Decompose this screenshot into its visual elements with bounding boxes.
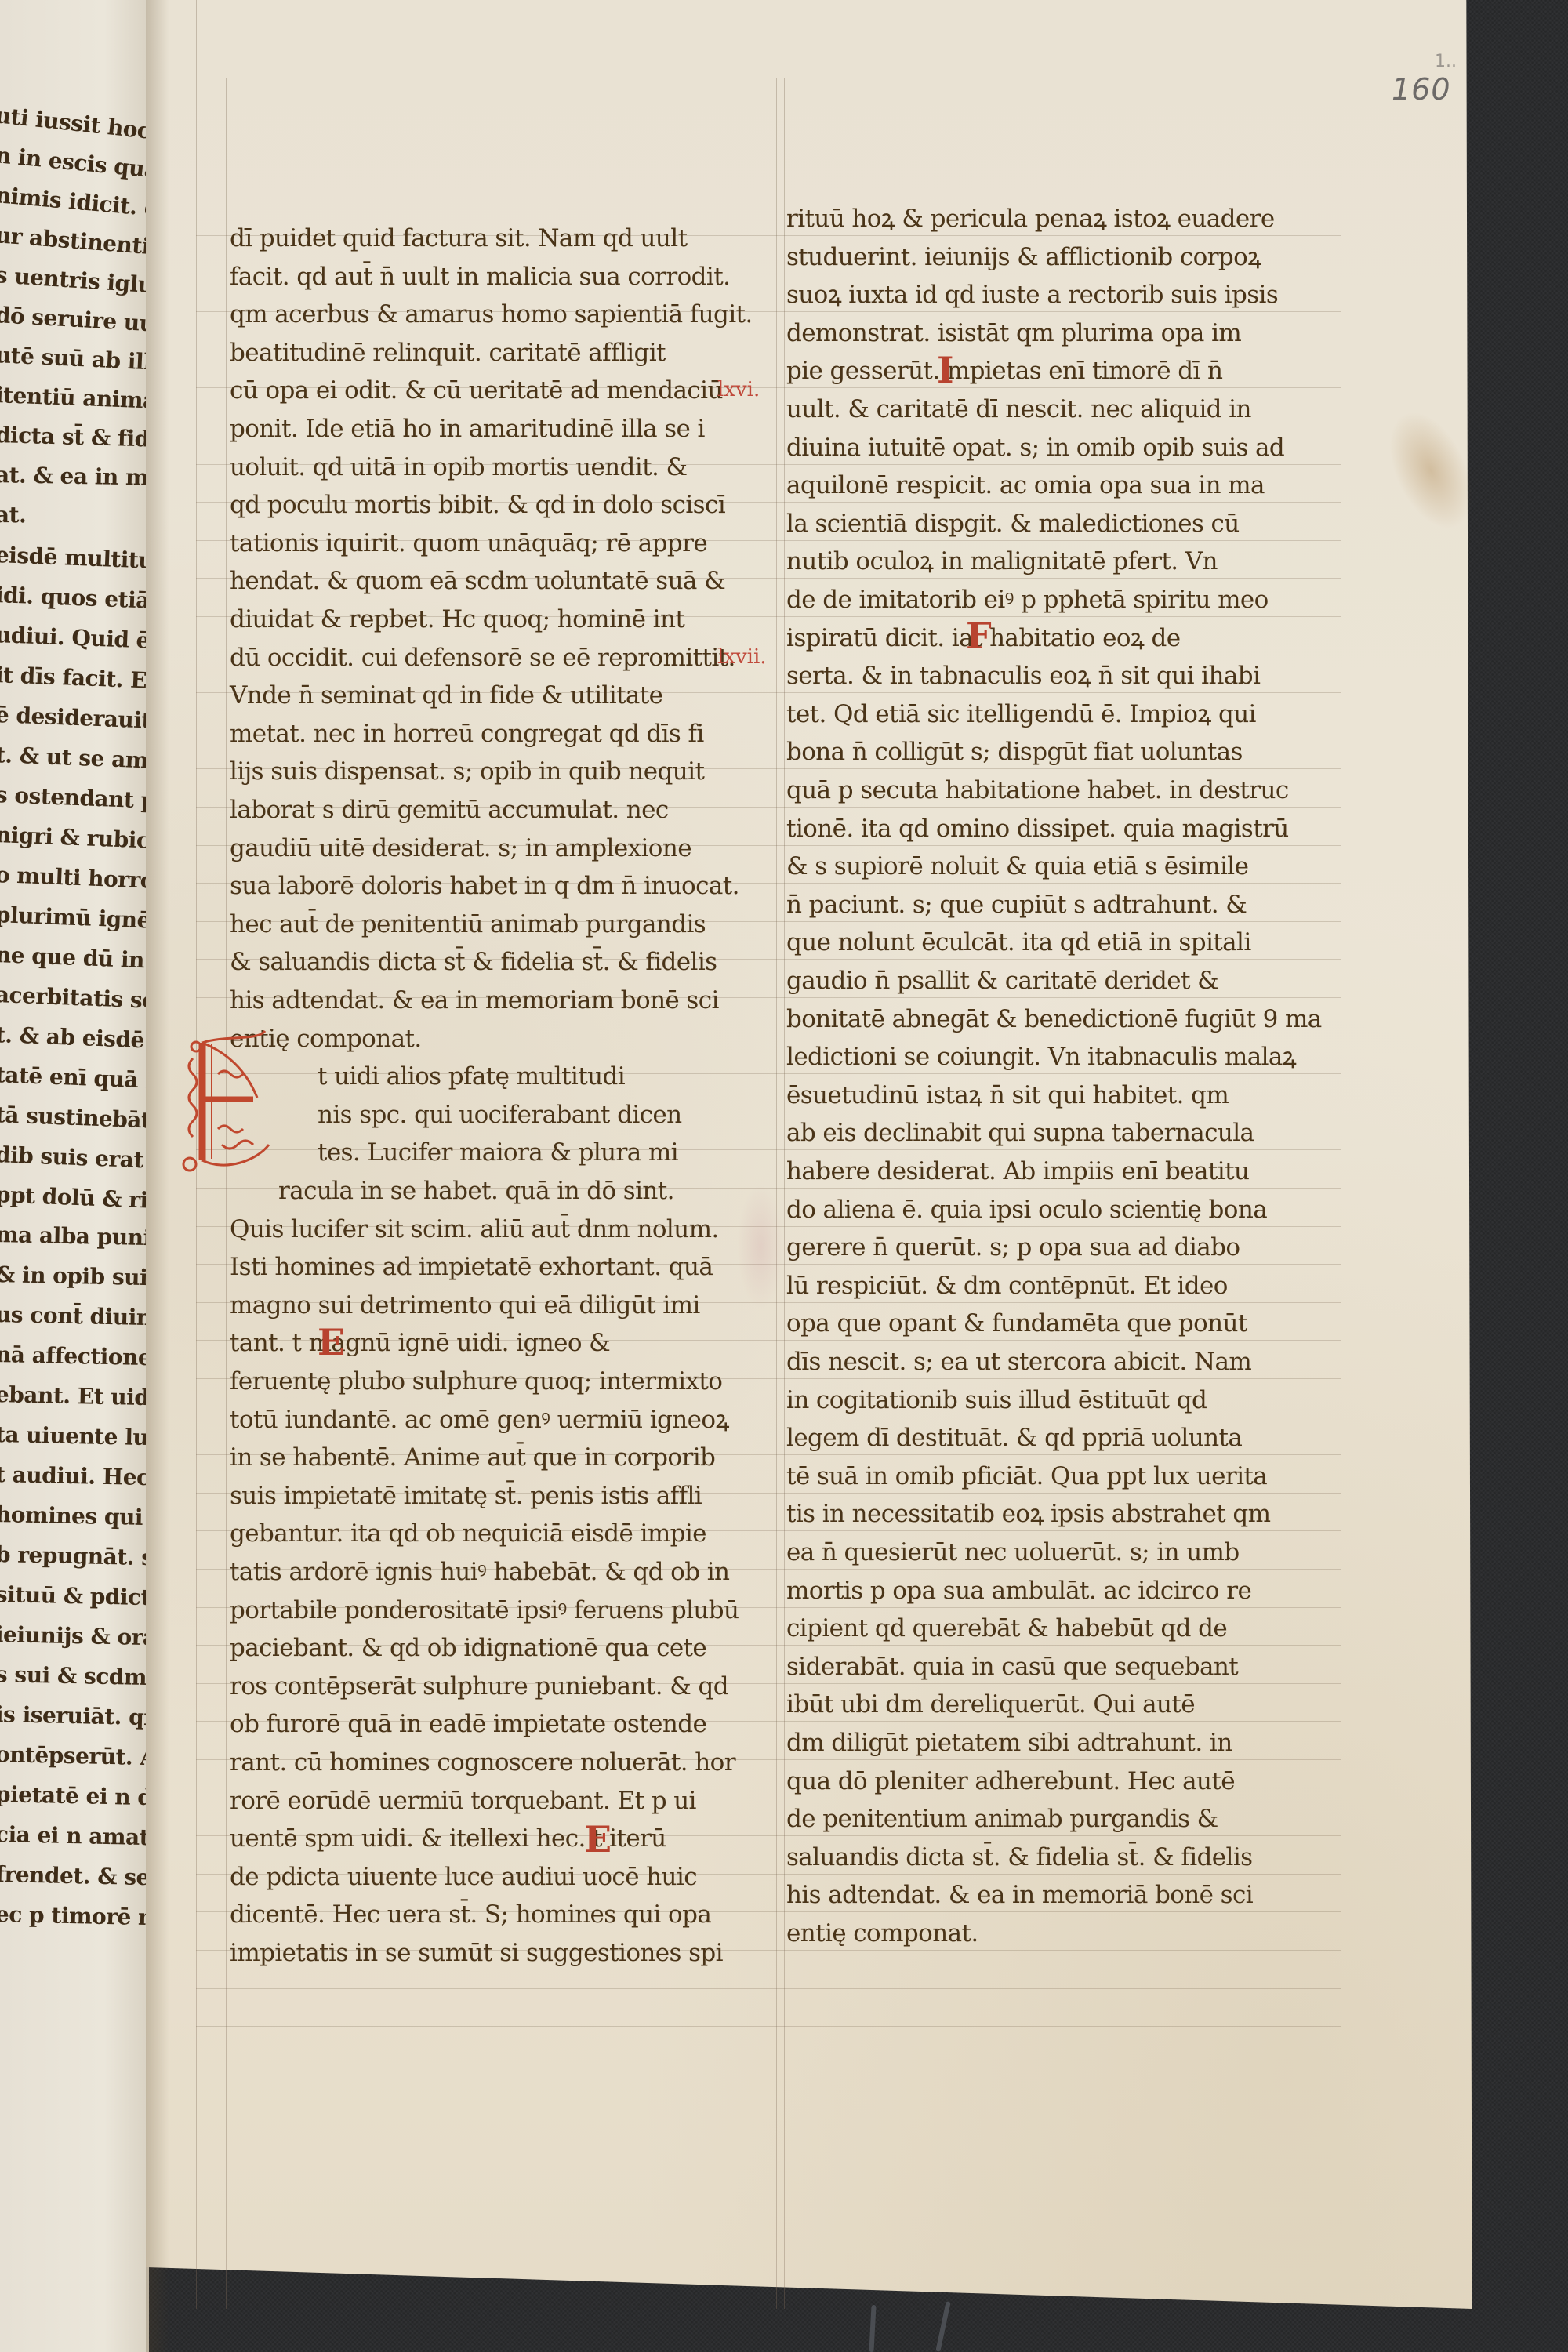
- manuscript-line: n̄ paciunt. s; que cupiūt s adtrahunt. &: [786, 886, 1247, 924]
- manuscript-line: hendat. & quom eā scdm uoluntatē suā &: [230, 562, 725, 600]
- ruling-horizontal: [196, 1988, 1341, 1989]
- facing-page-line: ē desiderauit. Et hi hom: [0, 702, 149, 739]
- manuscript-line: uult. & caritatē dī nescit. nec aliquid …: [786, 390, 1251, 428]
- manuscript-line: ea n̄ quesierūt nec uoluerūt. s; in umb: [786, 1534, 1240, 1571]
- manuscript-line: bona n̄ colligūt s; dispgūt fiat uolunta…: [786, 733, 1243, 771]
- gutter-shadow: [146, 0, 169, 2352]
- facing-page-line: us cont̄ diuinā iust: [0, 1301, 149, 1332]
- ruling-vertical: [776, 78, 777, 2309]
- manuscript-line: nutib oculoꝝ in malignitatē pfert. Vn: [786, 543, 1218, 580]
- folio-number: 160: [1392, 72, 1451, 107]
- manuscript-line: dū occidit. cui defensorē se eē repromit…: [230, 639, 735, 677]
- manuscript-line: gaudiū uitē desiderat. s; in amplexione: [230, 829, 691, 867]
- manuscript-line: tationis iquirit. quom unāquāq; rē appre: [230, 524, 707, 562]
- stain: [737, 1184, 784, 1309]
- manuscript-line: quā p secuta habitatione habet. in destr…: [786, 771, 1289, 809]
- manuscript-line: siderabāt. quia in casū que sequebant: [786, 1648, 1238, 1686]
- facing-page-line: ppt dolū & risū quo: [0, 1181, 149, 1216]
- manuscript-line: dicentē. Hec uera st̄. S; homines qui op…: [230, 1896, 711, 1933]
- manuscript-line: rorē eorūdē uermiū torquebant. Et p ui: [230, 1782, 696, 1820]
- manuscript-line: ponit. Ide etiā ho in amaritudinē illa s…: [230, 410, 705, 448]
- ruling-vertical: [784, 78, 785, 2309]
- manuscript-line: facit. qd aut̄ n̄ uult in malicia sua co…: [230, 258, 730, 296]
- manuscript-line: laborat s dirū gemitū accumulat. nec: [230, 791, 669, 829]
- facing-page-line: acerbitatis seruierāt. in: [0, 982, 149, 1018]
- manuscript-line: habere desiderat. Ab impiis enī beatitu: [786, 1152, 1249, 1190]
- ruling-vertical: [1308, 78, 1308, 2309]
- facing-page-line: ma alba puniebant: [0, 1221, 149, 1252]
- facing-page-line: at. & ea in memoriā bon: [0, 462, 149, 493]
- facing-page-line: s ostendant psuadent.: [0, 782, 149, 818]
- manuscript-line: de de imitatorib eiꝰ p pphetā spiritu me…: [786, 581, 1269, 619]
- manuscript-line: qd poculu mortis bibit. & qd in dolo sci…: [230, 486, 725, 524]
- manuscript-line: do aliena ē. quia ipsi oculo scientię bo…: [786, 1191, 1267, 1229]
- manuscript-line: impietatis in se sumūt si suggestiones s…: [230, 1934, 723, 1972]
- facing-verso-page: uti iussit hoc isti ad cumn in escis quā…: [0, 0, 149, 2352]
- facing-page-line: plurimū ignē ex ore suo: [0, 902, 149, 938]
- facing-page-line: ne que dū in corporib: [0, 942, 149, 978]
- red-initial-e: E: [318, 1321, 345, 1363]
- manuscript-line: rant. cū homines cognoscere noluerāt. ho…: [230, 1744, 735, 1781]
- manuscript-line: cipient qd querebāt & habebūt qd de: [786, 1610, 1227, 1647]
- manuscript-line: diuina iutuitē opat. s; in omib opib sui…: [786, 429, 1284, 466]
- decorated-initial-e: [179, 1027, 276, 1176]
- manuscript-line: tet. Qd etiā sic itelligendū ē. Impioꝝ q…: [786, 695, 1256, 733]
- manuscript-line: dm diligūt pietatem sibi adtrahunt. in: [786, 1724, 1232, 1762]
- facing-page-line: pietatē ei n diligit. m: [0, 1781, 149, 1813]
- facing-page-line: nimis idicit. qd diabo: [0, 182, 149, 229]
- manuscript-line: totū iundantē. ac omē genꝰ uermiū igneoꝝ: [230, 1401, 729, 1439]
- manuscript-line: la scientiā dispgit. & maledictiones cū: [786, 505, 1240, 543]
- manuscript-line: Vnde n̄ seminat qd in fide & utilitate: [230, 677, 662, 714]
- facing-page-line: nā affectione exerc: [0, 1341, 149, 1372]
- facing-page-line: it dīs facit. Et qd adse: [0, 662, 149, 698]
- facing-page-line: idi. quos etiā sic uocifera: [0, 582, 149, 619]
- facing-page-line: nigri & rubicundi ac al: [0, 822, 149, 858]
- facing-page-line: ta uiuente luce uoce: [0, 1421, 149, 1452]
- manuscript-line: portabile ponderositatē ipsiꝰ feruens pl…: [230, 1592, 739, 1629]
- red-initial-i: I: [937, 349, 954, 391]
- manuscript-line: gerere n̄ querūt. s; p opa sua ad diabo: [786, 1229, 1240, 1266]
- manuscript-line: suoꝝ iuxta id qd iuste a rectorib suis i…: [786, 276, 1278, 314]
- manuscript-line: ob furorē quā in eadē impietate ostende: [230, 1705, 706, 1743]
- manuscript-line: aquilonē respicit. ac omia opa sua in ma: [786, 466, 1265, 504]
- facing-page-line: tatē enī quā in se absco: [0, 1062, 149, 1098]
- facing-page-line: dicta st̄ & fidelia st̄. & f: [0, 422, 149, 456]
- manuscript-line: qm acerbus & amarus homo sapientiā fugit…: [230, 296, 753, 333]
- manuscript-line: opa que opant & fundamēta que ponūt: [786, 1305, 1247, 1342]
- manuscript-line: de pdicta uiuente luce audiui uocē huic: [230, 1858, 697, 1896]
- manuscript-line: entię componat.: [786, 1915, 978, 1952]
- manuscript-line: lijs suis dispensat. s; opib in quib neq…: [230, 753, 704, 790]
- facing-page-line: ec p timorē nec p amo: [0, 1901, 149, 1933]
- manuscript-line: studuerint. ieiunijs & afflictionib corp…: [786, 238, 1261, 276]
- manuscript-line: racula in se habet. quā in dō sint.: [278, 1172, 674, 1210]
- manuscript-line: tant. t magnū ignē uidi. igneo &: [230, 1324, 610, 1362]
- manuscript-line: ros contēpserāt sulphure puniebant. & qd: [230, 1668, 728, 1705]
- facing-page-line: ontēpserūt. A cerb: [0, 1741, 149, 1772]
- manuscript-line: cū opa ei odit. & cū ueritatē ad mendaci…: [230, 372, 723, 409]
- manuscript-line: demonstrat. isistāt qm plurima opa im: [786, 314, 1241, 352]
- manuscript-line: Quis lucifer sit scim. aliū aut̄ dnm nol…: [230, 1210, 719, 1248]
- manuscript-line: gaudio n̄ psallit & caritatē deridet &: [786, 962, 1218, 1000]
- manuscript-line: & saluandis dicta st̄ & fidelia st̄. & f…: [230, 943, 717, 981]
- facing-page-line: frendet. & securitati: [0, 1861, 149, 1892]
- manuscript-line: feruentę plubo sulphure quoq; intermixto: [230, 1363, 722, 1400]
- manuscript-line: suis impietatē imitatę st̄. penis istis …: [230, 1477, 702, 1515]
- manuscript-line: sua laborē doloris habet in q dm n̄ inuo…: [230, 867, 739, 905]
- facing-page-line: & in opib suis contr: [0, 1261, 149, 1292]
- manuscript-line: Isti homines ad impietatē exhortant. quā: [230, 1248, 713, 1286]
- folio-number-old: 1..: [1435, 52, 1457, 71]
- manuscript-line: pie gesserūt. mpietas enī timorē dī n̄: [786, 352, 1222, 390]
- facing-page-line: t. & ut se amaros ad pe: [0, 742, 149, 778]
- manuscript-line: mortis p opa sua ambulāt. ac idcirco re: [786, 1572, 1251, 1610]
- manuscript-line: gebantur. ita qd ob nequiciā eisdē impie: [230, 1515, 706, 1552]
- manuscript-line: his adtendat. & ea in memoriam bonē sci: [230, 982, 719, 1019]
- facing-page-line: t audiui. Hec que uid: [0, 1461, 149, 1493]
- chapter-number-rubric: lxvi.: [717, 378, 760, 401]
- facing-page-line: utē suū ab illa restrort: [0, 342, 149, 380]
- facing-page-line: b repugnāt. si aducr: [0, 1541, 149, 1572]
- facing-page-line: s sui & scdm pcepti: [0, 1661, 149, 1692]
- manuscript-line: saluandis dicta st̄. & fidelia st̄. & fi…: [786, 1838, 1252, 1876]
- manuscript-line: & s supiorē noluit & quia etiā s ēsimile: [786, 848, 1248, 885]
- manuscript-line: ibūt ubi dm dereliquerūt. Qui autē: [786, 1686, 1195, 1723]
- manuscript-line: tis in necessitatib eoꝝ ipsis abstrahet …: [786, 1495, 1270, 1533]
- manuscript-line: hec aut̄ de penitentiū animab purgandis: [230, 906, 706, 943]
- facing-page-line: situū & pdictar pen: [0, 1581, 149, 1612]
- manuscript-line: diuidat & repbet. Hc quoq; hominē int: [230, 601, 684, 638]
- facing-page-line: at.: [0, 502, 26, 528]
- manuscript-line: que nolunt ēculcāt. ita qd etiā in spita…: [786, 924, 1251, 961]
- red-initial-f: F: [966, 615, 992, 657]
- facing-page-line: ur abstinentia eni cibo: [0, 222, 149, 268]
- manuscript-line: de penitentium animab purgandis &: [786, 1800, 1218, 1838]
- ruling-vertical: [226, 78, 227, 2309]
- facing-page-line: homines qui p acer: [0, 1501, 149, 1532]
- facing-page-line: dib suis erat flamā: [0, 1142, 149, 1176]
- manuscript-line: legem dī destituāt. & qd ppriā uolunta: [786, 1419, 1242, 1457]
- facing-page-line: ieiunijs & orationib: [0, 1621, 149, 1652]
- ruling-horizontal: [196, 2026, 1341, 2027]
- facing-page-line: t. & ab eisdē impiis torq: [0, 1022, 149, 1058]
- manuscript-line: magno sui detrimento qui eā diligūt imi: [230, 1287, 700, 1324]
- ruling-vertical: [1341, 78, 1341, 2309]
- manuscript-line: ab eis declinabit qui supna tabernacula: [786, 1114, 1254, 1152]
- manuscript-line: dī puidet quid factura sit. Nam qd uult: [230, 220, 687, 257]
- manuscript-line: beatitudinē relinquit. caritatē affligit: [230, 334, 666, 372]
- manuscript-line: tē suā in omib pficiāt. Qua ppt lux ueri…: [786, 1457, 1267, 1495]
- red-initial-e: E: [584, 1818, 612, 1860]
- chapter-number-rubric: lxvii.: [717, 645, 767, 669]
- facing-page-line: eisdē multitudinis alios: [0, 542, 149, 579]
- manuscript-line: nis spc. qui uociferabant dicen: [318, 1096, 682, 1134]
- manuscript-line: ēsuetudinū istaꝝ n̄ sit qui habitet. qm: [786, 1076, 1229, 1114]
- facing-page-line: itentiū animab purgan: [0, 382, 149, 418]
- manuscript-line: rituū hoꝝ & pericula penaꝝ istoꝝ euadere: [786, 200, 1275, 238]
- facing-page-line: tā sustinebāt. & ppt: [0, 1102, 149, 1137]
- manuscript-line: metat. nec in horreū congregat qd dīs fi: [230, 715, 704, 753]
- facing-page-line: udiui. Quid ē hoc qd ita: [0, 622, 149, 659]
- manuscript-line: ledictioni se coiungit. Vn itabnaculis m…: [786, 1038, 1296, 1076]
- manuscript-line: his adtendat. & ea in memoriā bonē sci: [786, 1876, 1253, 1914]
- facing-page-line: s uentris igluuies ea phon: [0, 262, 149, 308]
- manuscript-line: dīs nescit. s; ea ut stercora abicit. Na…: [786, 1343, 1251, 1381]
- manuscript-line: tatis ardorē ignis huiꝰ habebāt. & qd ob…: [230, 1553, 729, 1591]
- manuscript-line: tionē. ita qd omino dissipet. quia magis…: [786, 810, 1289, 848]
- manuscript-line: paciebant. & qd ob idignationē qua cete: [230, 1629, 706, 1667]
- facing-page-line: ebant. Et uidi. & intel: [0, 1381, 149, 1413]
- manuscript-line: bonitatē abnegāt & benedictionē fugiūt 9…: [786, 1000, 1322, 1038]
- facing-page-line: o multi horroris ignee: [0, 862, 149, 898]
- manuscript-line: t uidi alios pfatę multitudi: [318, 1058, 625, 1095]
- manuscript-line: serta. & in tabnaculis eoꝝ n̄ sit qui ih…: [786, 657, 1260, 695]
- manuscript-line: qua dō pleniter adherebunt. Hec autē: [786, 1762, 1235, 1800]
- manuscript-line: in se habentē. Anime aut̄ que in corpori…: [230, 1439, 715, 1476]
- manuscript-line: lū respiciūt. & dm contēpnūt. Et ideo: [786, 1267, 1228, 1305]
- facing-page-line: dō seruire uult uoracit: [0, 302, 149, 343]
- facing-page-line: is iseruiāt. qm in ma: [0, 1701, 149, 1733]
- manuscript-line: in cogitationib suis illud ēstituūt qd: [786, 1381, 1207, 1419]
- manuscript-line: tes. Lucifer maiora & plura mi: [318, 1134, 678, 1171]
- manuscript-line: uoluit. qd uitā in opib mortis uendit. &: [230, 448, 687, 486]
- facing-page-line: cia ei n amat. s; malis: [0, 1821, 149, 1853]
- decorated-initial-e-icon: [179, 1027, 276, 1176]
